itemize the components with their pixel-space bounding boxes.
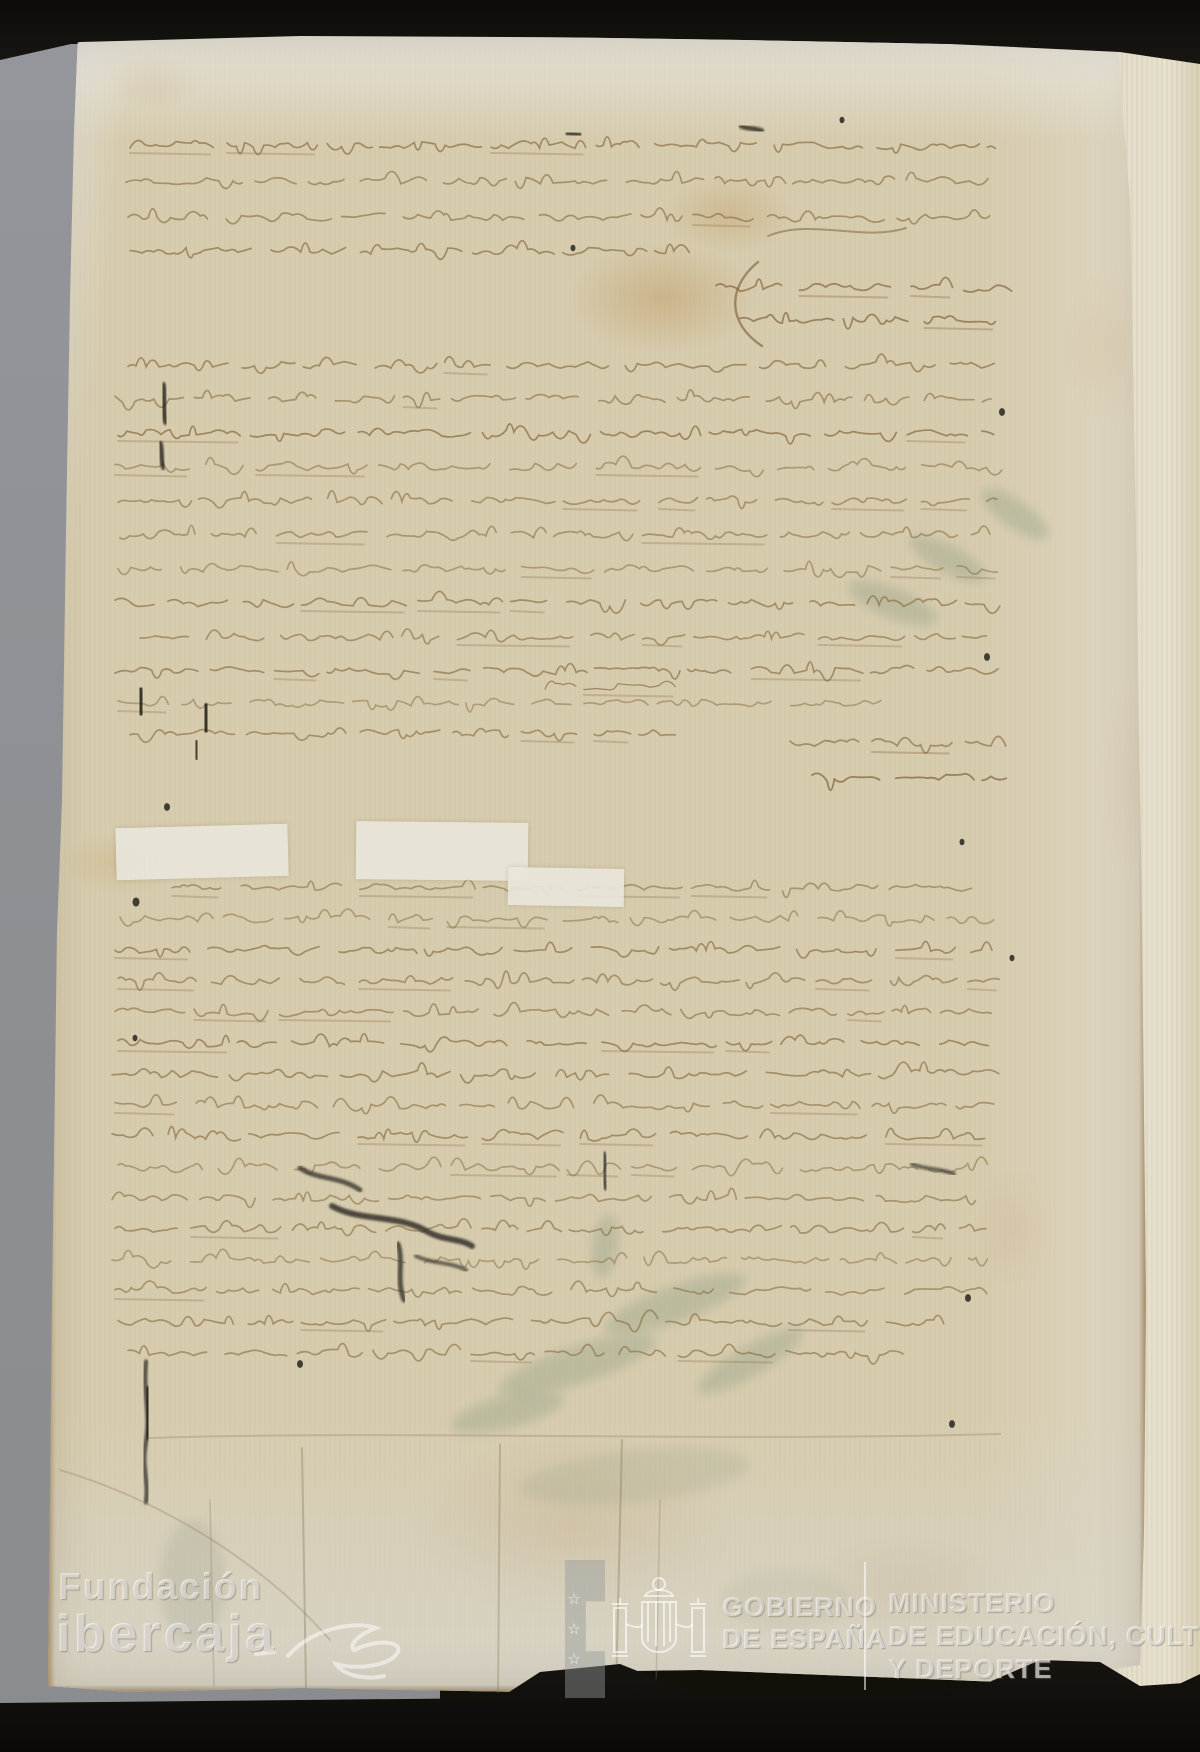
- watermark-divider: [864, 1562, 866, 1690]
- star-icon: ☆: [566, 1590, 582, 1608]
- watermark-ibercaja: ibercaja: [56, 1604, 277, 1664]
- watermark-ministerio-line2: DE EDUCACIÓN, CULTURA: [888, 1621, 1200, 1652]
- watermark-fundacion: Fundación: [58, 1566, 263, 1608]
- watermark-ministerio-line1: MINISTERIO: [888, 1588, 1056, 1619]
- tape-patch: [508, 867, 625, 907]
- spain-coat-of-arms-icon: [600, 1570, 718, 1678]
- photo-frame: Fundación ibercaja ☆ ☆ ☆ GOBIERNO DE ESP…: [0, 0, 1200, 1752]
- star-icon: ☆: [566, 1650, 582, 1668]
- tape-patch: [356, 821, 529, 881]
- ibercaja-logo-icon: [248, 1596, 418, 1691]
- tape-patch: [115, 824, 288, 880]
- watermark-ministerio-line3: Y DEPORTE: [888, 1654, 1053, 1685]
- watermark-gobierno-line1: GOBIERNO: [722, 1592, 877, 1623]
- star-icon: ☆: [566, 1620, 582, 1638]
- watermark-gobierno-line2: DE ESPAÑA: [722, 1624, 887, 1655]
